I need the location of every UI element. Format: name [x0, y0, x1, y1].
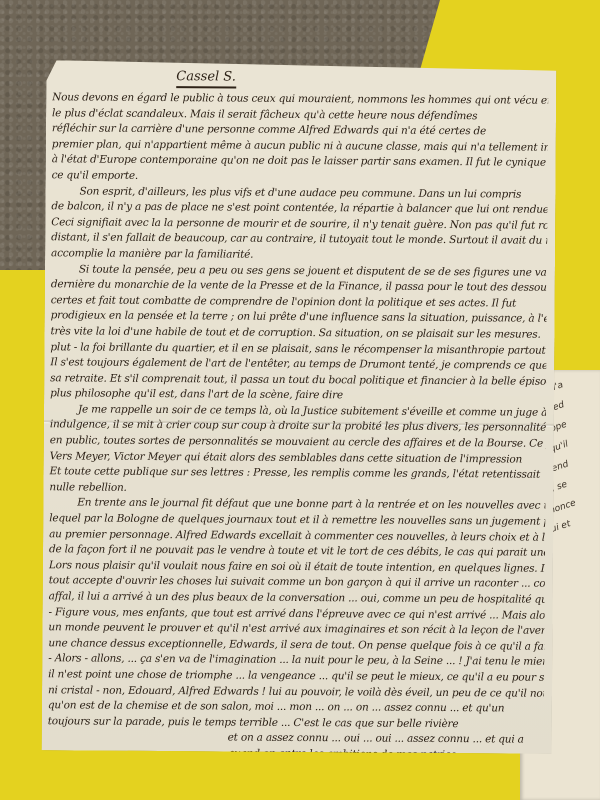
manuscript-body: Nous devons en égard le public à tous ce… [47, 90, 548, 795]
manuscript-page: Cassel S. Nous devons en égard le public… [42, 60, 557, 754]
manuscript-title: Cassel S. [176, 69, 236, 88]
